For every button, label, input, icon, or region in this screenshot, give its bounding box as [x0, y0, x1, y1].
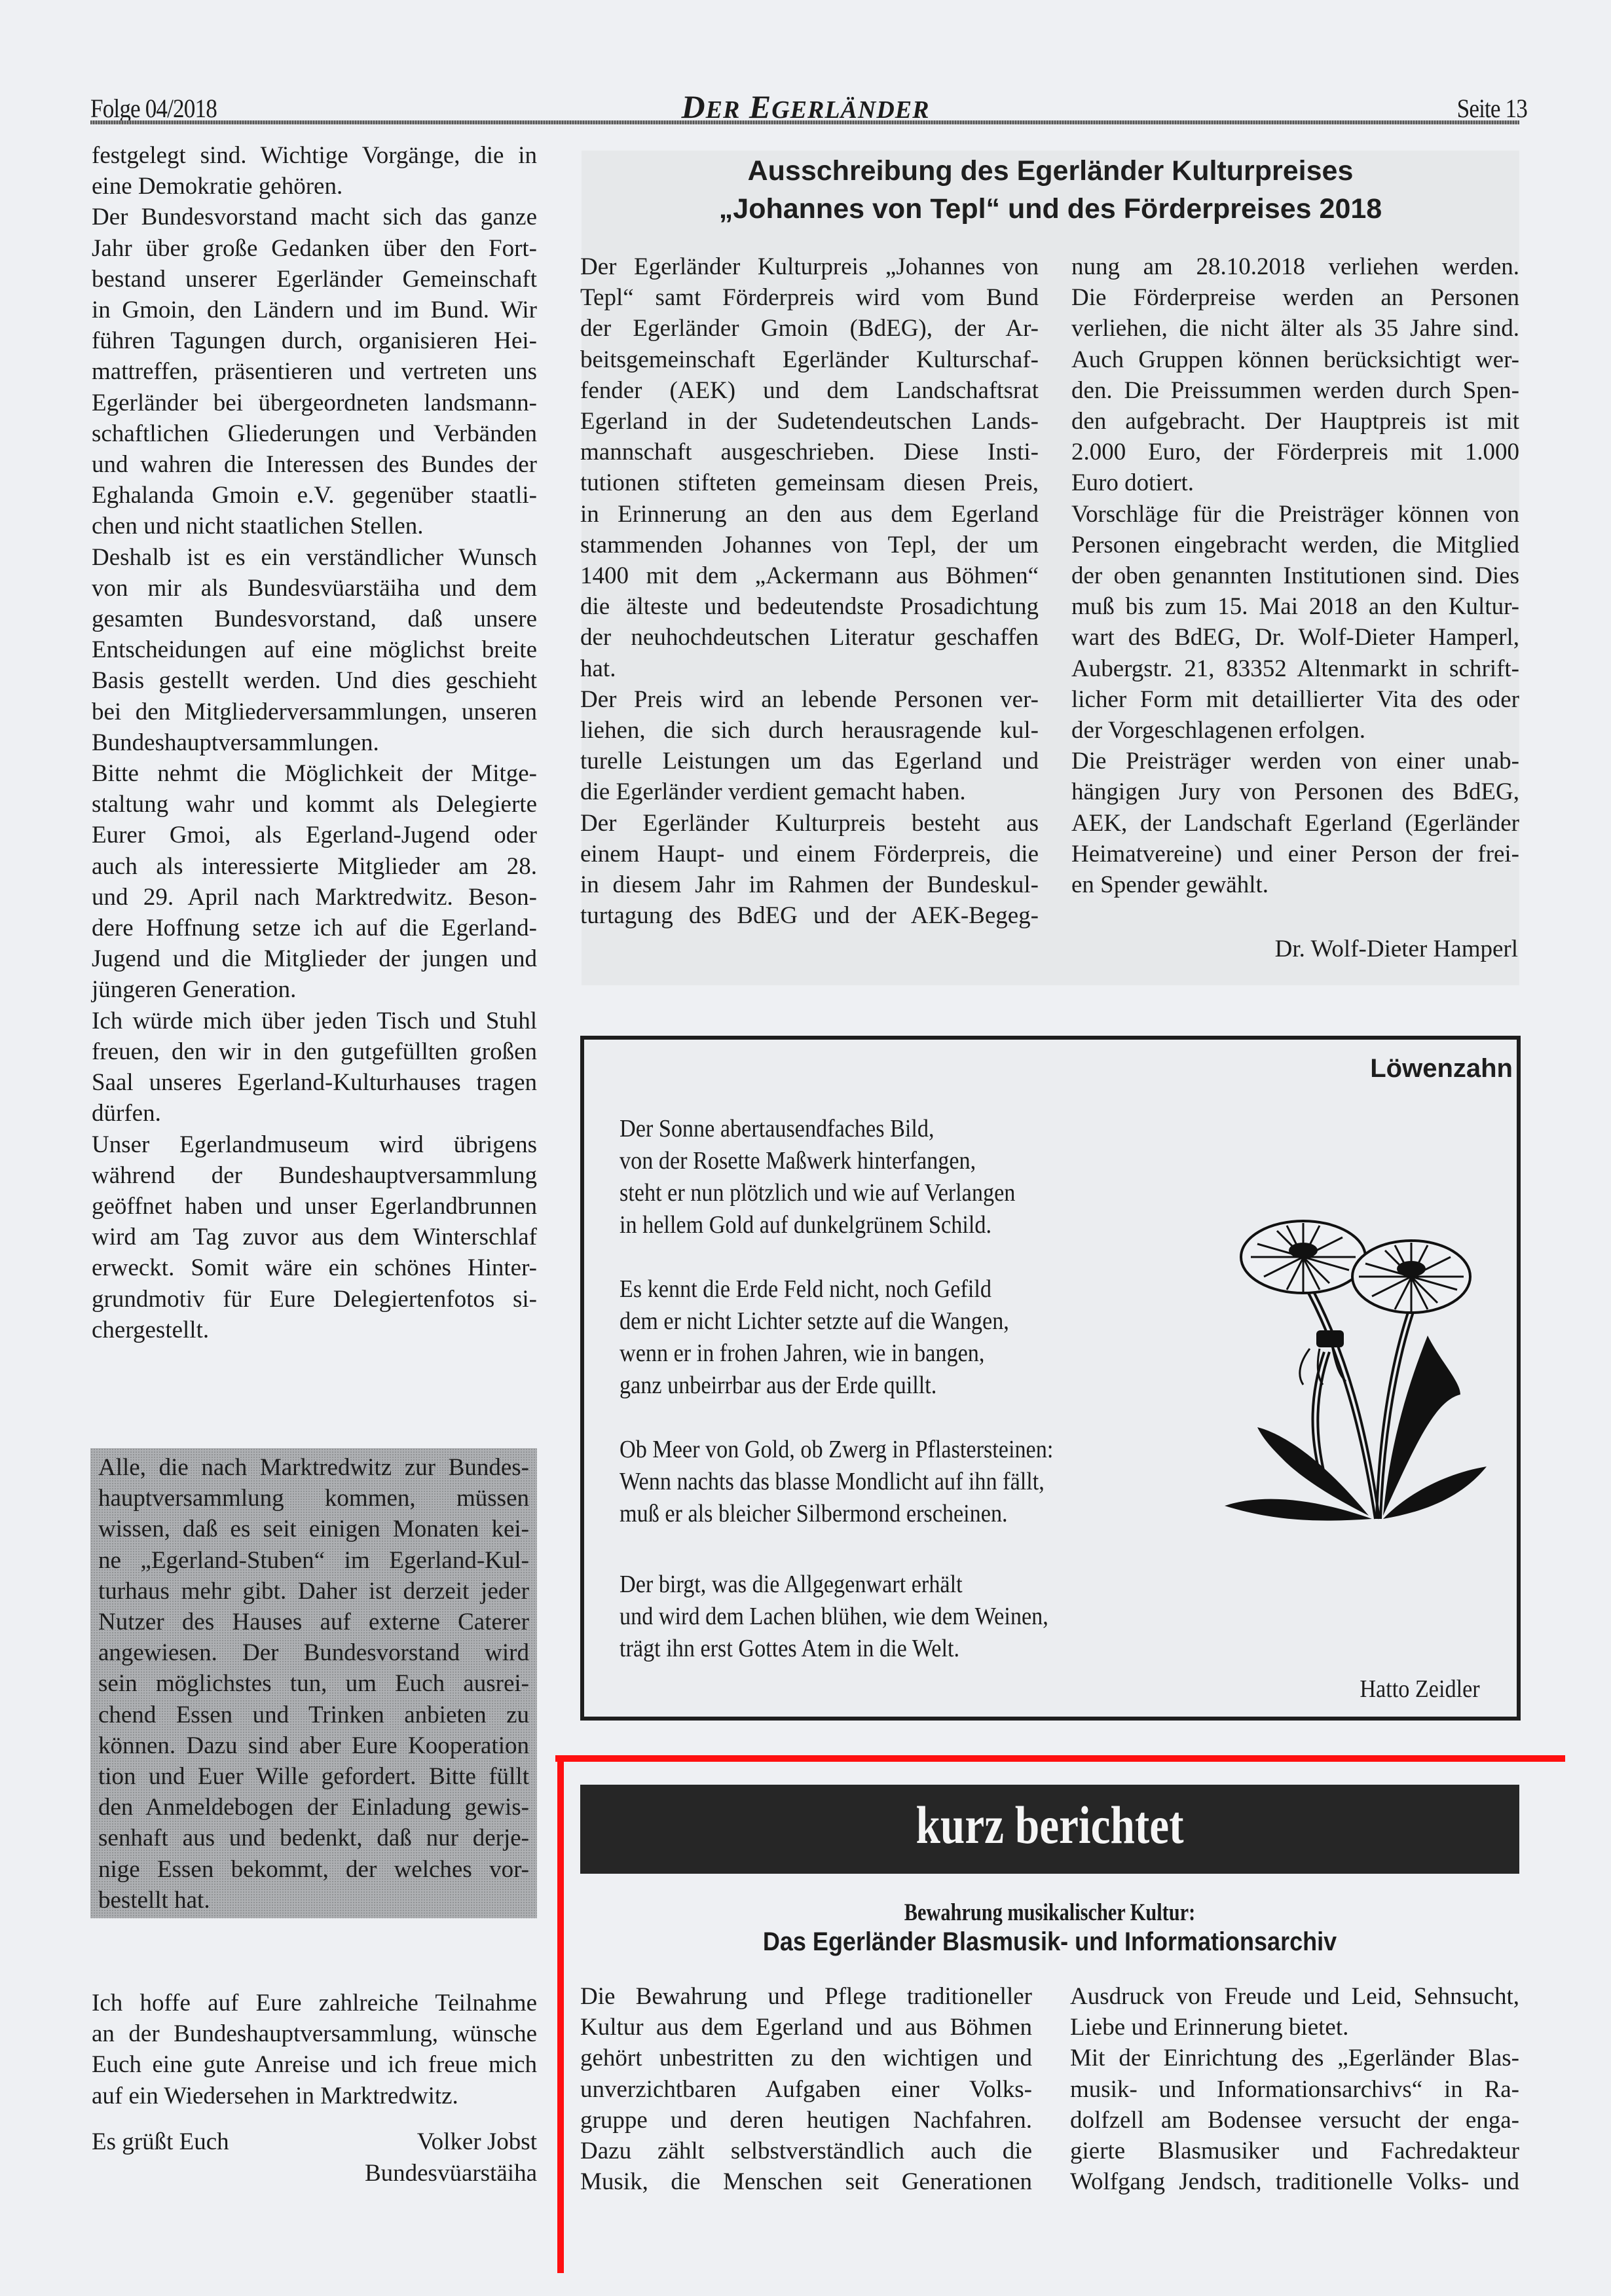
text-line: Bitte nehmt die Möglichkeit der Mitge-	[92, 758, 537, 789]
text-line: Tepl“ samt Förderpreis wird vom Bund	[580, 282, 1039, 313]
text-line: führen Tagungen durch, organisieren Hei-	[92, 325, 537, 356]
kulturpreis-signature: Dr. Wolf-Dieter Hamperl	[1275, 934, 1518, 964]
text-line: staltung wahr und kommt als Delegierte	[92, 789, 537, 820]
text-line: fender (AEK) und dem Landschaftsrat	[580, 375, 1039, 406]
signature-block: Es grüßt Euch Volker Jobst Bundesvüarstä…	[92, 2126, 537, 2158]
text-line: von mir als Bundesvüarstäiha und dem	[92, 573, 537, 604]
masthead-d: D	[682, 88, 706, 125]
text-line: musik- und Informationsarchivs“ in Ra-	[1070, 2074, 1519, 2105]
text-line: geöffnet haben und unser Egerlandbrunnen	[92, 1191, 537, 1222]
text-line: während der Bundeshauptversammlung	[92, 1160, 537, 1191]
text-line: Die Preisträger werden von einer unab-	[1071, 746, 1519, 776]
poem-line: ganz unbeirrbar aus der Erde quillt.	[620, 1370, 1053, 1402]
text-line: muß bis zum 15. Mai 2018 an den Kultur-	[1071, 591, 1519, 622]
archiv-column-1: Die Bewahrung und Pflege traditionellerK…	[580, 1981, 1032, 2197]
text-line: bestellt hat.	[98, 1885, 529, 1916]
text-line: können. Dazu sind aber Eure Kooperation	[98, 1730, 529, 1761]
text-line: den Anmeldebogen der Einladung gewis-	[98, 1792, 529, 1823]
text-line: angewiesen. Der Bundesvorstand wird	[98, 1637, 529, 1668]
poem-line: Der birgt, was die Allgegenwart erhält	[620, 1569, 1053, 1601]
red-marker-vertical	[557, 1755, 564, 2273]
poem-line: trägt ihn erst Gottes Atem in die Welt.	[620, 1633, 1053, 1665]
text-line: gehört unbestritten zu den wichtigen und	[580, 2043, 1032, 2073]
text-line: Jahr über große Gedanken über den Fort-	[92, 233, 537, 264]
text-line: Euro dotiert.	[1071, 467, 1519, 498]
text-line: Entscheidungen auf eine möglichst breite	[92, 634, 537, 665]
masthead-gerlaender: GERLÄNDER	[771, 96, 929, 124]
poem-line: Ob Meer von Gold, ob Zwerg in Pflasterst…	[620, 1434, 1053, 1466]
text-line: Liebe und Erinnerung bietet.	[1070, 2012, 1519, 2043]
text-line: auch als interessierte Mitglieder am 28.	[92, 851, 537, 882]
poem-line: muß er als bleicher Silbermond erscheine…	[620, 1498, 1053, 1530]
text-line: Basis gestellt werden. Und dies geschieh…	[92, 665, 537, 696]
text-line: tion und Euer Wille gefordert. Bitte fül…	[98, 1761, 529, 1792]
text-line: nige Essen bekommt, der welches vor-	[98, 1854, 529, 1885]
text-line: 2.000 Euro, der Förderpreis mit 1.000	[1071, 437, 1519, 467]
text-line: der Egerländer Gmoin (BdEG), der Ar-	[580, 313, 1039, 344]
poem-line: von der Rosette Maßwerk hinterfangen,	[620, 1145, 1053, 1177]
text-line: Eurer Gmoi, als Egerland-Jugend oder	[92, 820, 537, 850]
text-line: die Egerländer verdient gemacht haben.	[580, 776, 1039, 807]
text-line: Die Förderpreise werden an Personen	[1071, 282, 1519, 313]
text-line: Egerländer bei übergeordneten landsmann-	[92, 388, 537, 418]
text-line: wissen, daß es seit einigen Monaten kei-	[98, 1514, 529, 1544]
text-line: bestand unserer Egerländer Gemeinschaft	[92, 264, 537, 295]
text-line: gesamten Bundesvorstand, daß unsere	[92, 604, 537, 634]
text-line: dolfzell am Bodensee versucht der enga-	[1070, 2105, 1519, 2136]
text-line: in diesem Jahr im Rahmen der Bundeskul-	[580, 869, 1039, 900]
text-line: mattreffen, präsentieren und vertreten u…	[92, 356, 537, 387]
text-line: Dazu zählt selbstverständlich auch die	[580, 2136, 1032, 2166]
text-line: stammenden Johannes von Tepl, der um	[580, 530, 1039, 560]
archiv-column-2: Ausdruck von Freude und Leid, Sehnsucht,…	[1070, 1981, 1519, 2197]
text-line: Euch eine gute Anreise und ich freue mic…	[92, 2049, 537, 2080]
text-line: der neuhochdeutschen Literatur geschaffe…	[580, 622, 1039, 653]
text-line: in Gmoin, den Ländern und im Bund. Wir	[92, 295, 537, 325]
text-line: Alle, die nach Marktredwitz zur Bundes-	[98, 1452, 529, 1483]
text-line: licher Form mit detaillierter Vita des o…	[1071, 684, 1519, 715]
text-line: unverzichtbaren Aufgaben einer Volks-	[580, 2074, 1032, 2105]
text-line: gruppe und deren heutigen Nachfahren.	[580, 2105, 1032, 2136]
text-line: Unser Egerlandmuseum wird übrigens	[92, 1129, 537, 1160]
text-line: sein möglichstes tun, um Euch ausrei-	[98, 1668, 529, 1699]
text-line: turelle Leistungen um das Egerland und	[580, 746, 1039, 776]
text-line: einem Haupt- und einem Förderpreis, die	[580, 839, 1039, 869]
text-line: wart des BdEG, Dr. Wolf-Dieter Hamperl,	[1071, 622, 1519, 653]
text-line: en Spender gewählt.	[1071, 869, 1519, 900]
section-banner-title: kurz berichtet	[665, 1793, 1435, 1858]
text-line: Die Bewahrung und Pflege traditioneller	[580, 1981, 1032, 2012]
text-line: nung am 28.10.2018 verliehen werden.	[1071, 251, 1519, 282]
text-line: Bundeshauptversammlungen.	[92, 727, 537, 758]
text-line: tutionen stifteten gemeinsam diesen Prei…	[580, 467, 1039, 498]
text-line: Der Bundesvorstand macht sich das ganze	[92, 202, 537, 232]
text-line: Personen eingebracht werden, die Mitglie…	[1071, 530, 1519, 560]
article-subtitle: Bewahrung musikalischer Kultur:	[665, 1899, 1435, 1927]
poem-stanza: Es kennt die Erde Feld nicht, noch Gefil…	[620, 1273, 1102, 1402]
text-line: erweckt. Somit wäre ein schönes Hinter-	[92, 1252, 537, 1283]
signature-title: Bundesvüarstäiha	[365, 2158, 537, 2189]
text-line: freuen, den wir in den gutgefüllten groß…	[92, 1036, 537, 1067]
text-line: Deshalb ist es ein verständlicher Wunsch	[92, 542, 537, 573]
poem-line: Es kennt die Erde Feld nicht, noch Gefil…	[620, 1273, 1053, 1305]
poem-line: steht er nun plötzlich und wie auf Verla…	[620, 1177, 1053, 1209]
text-line: ne „Egerland-Stuben“ im Egerland-Kul-	[98, 1545, 529, 1576]
poem-author: Hatto Zeidler	[1360, 1675, 1480, 1704]
poem-line: wenn er in frohen Jahren, wie in bangen,	[620, 1338, 1053, 1370]
text-line: Der Egerländer Kulturpreis „Johannes von	[580, 251, 1039, 282]
poem-line: dem er nicht Lichter setzte auf die Wang…	[620, 1305, 1053, 1338]
text-line: gierte Blasmusiker und Fachredakteur	[1070, 2136, 1519, 2166]
text-line: Auch Gruppen können berücksichtigt wer-	[1071, 344, 1519, 375]
poem-stanza: Der birgt, was die Allgegenwart erhältun…	[620, 1569, 1102, 1665]
dandelion-illustration-icon	[1212, 1185, 1500, 1525]
headline-line-1: Ausschreibung des Egerländer Kulturpreis…	[582, 152, 1519, 190]
headline-line-2: „Johannes von Tepl“ und des Förderpreise…	[582, 190, 1519, 228]
text-line: hängigen Jury von Personen des BdEG,	[1071, 776, 1519, 807]
poem-title: Löwenzahn	[1370, 1054, 1513, 1084]
text-line: turhaus mehr gibt. Daher ist derzeit jed…	[98, 1576, 529, 1607]
text-line: turtagung des BdEG und der AEK-Begeg-	[580, 900, 1039, 931]
text-line: dere Hoffnung setze ich auf die Egerland…	[92, 913, 537, 943]
closing-paragraph: Ich hoffe auf Eure zahlreiche Teilnahmea…	[92, 1988, 537, 2111]
text-line: in Erinnerung an den aus dem Egerland	[580, 499, 1039, 530]
masthead-er: ER	[706, 96, 741, 124]
page-number: Seite 13	[1457, 93, 1527, 124]
text-line: hauptversammlung kommen, müssen	[98, 1483, 529, 1514]
text-line: dürfen.	[92, 1098, 537, 1129]
text-line: Vorschläge für die Preisträger können vo…	[1071, 499, 1519, 530]
text-line: eine Demokratie gehören.	[92, 171, 537, 202]
text-line: beitsgemeinschaft Egerländer Kulturschaf…	[580, 344, 1039, 375]
text-line: Eghalanda Gmoin e.V. gegenüber staatli-	[92, 480, 537, 511]
text-line: der Vorgeschlagenen erfolgen.	[1071, 715, 1519, 746]
text-line: verliehen, die nicht älter als 35 Jahre …	[1071, 313, 1519, 344]
poem-line: und wird dem Lachen blühen, wie dem Wein…	[620, 1601, 1053, 1633]
header-rule	[90, 120, 1519, 124]
text-line: Wolfgang Jendsch, traditionelle Volks- u…	[1070, 2166, 1519, 2197]
poem-stanza: Ob Meer von Gold, ob Zwerg in Pflasterst…	[620, 1434, 1102, 1530]
text-line: Nutzer des Hauses auf externe Caterer	[98, 1607, 529, 1637]
text-line: Ich würde mich über jeden Tisch und Stuh…	[92, 1006, 537, 1036]
text-line: festgelegt sind. Wichtige Vorgänge, die …	[92, 140, 537, 171]
text-line: Aubergstr. 21, 83352 Altenmarkt in schri…	[1071, 653, 1519, 684]
red-marker-horizontal	[555, 1755, 1565, 1762]
text-line: liehen, die sich durch herausragende kul…	[580, 715, 1039, 746]
text-line: chen und nicht staatlichen Stellen.	[92, 511, 537, 541]
text-line: Ich hoffe auf Eure zahlreiche Teilnahme	[92, 1988, 537, 2018]
text-line: chend Essen und Trinken anbieten zu	[98, 1700, 529, 1730]
text-line: Ausdruck von Freude und Leid, Sehnsucht,	[1070, 1981, 1519, 2012]
text-line: Egerland in der Sudetendeutschen Lands-	[580, 406, 1039, 437]
text-line: den aufgebracht. Der Hauptpreis ist mit	[1071, 406, 1519, 437]
text-line: bei den Mitgliederversammlungen, unseren	[92, 697, 537, 727]
text-line: 1400 mit dem „Ackermann aus Böhmen“	[580, 560, 1039, 591]
text-line: Kultur aus dem Egerland und aus Böhmen	[580, 2012, 1032, 2043]
kulturpreis-column-1: Der Egerländer Kulturpreis „Johannes von…	[580, 251, 1039, 931]
text-line: Mit der Einrichtung des „Egerländer Blas…	[1070, 2043, 1519, 2073]
text-line: hat.	[580, 653, 1039, 684]
text-line: der oben genannten Institutionen sind. D…	[1071, 560, 1519, 591]
text-line: Saal unseres Egerland-Kulturhauses trage…	[92, 1067, 537, 1098]
text-line: jüngeren Generation.	[92, 974, 537, 1005]
poem-line: Wenn nachts das blasse Mondlicht auf ihn…	[620, 1466, 1053, 1498]
kulturpreis-column-2: nung am 28.10.2018 verliehen werden.Die …	[1071, 251, 1519, 900]
poem-stanza: Der Sonne abertausendfaches Bild,von der…	[620, 1113, 1102, 1241]
text-line: die älteste und bedeutendste Prosadichtu…	[580, 591, 1039, 622]
text-line: schaftlichen Gliederungen und Verbänden	[92, 418, 537, 449]
text-line: AEK, der Landschaft Egerland (Egerländer	[1071, 808, 1519, 839]
text-line: chergestellt.	[92, 1315, 537, 1345]
text-line: mannschaft ausgeschrieben. Diese Insti-	[580, 437, 1039, 467]
text-line: und wahren die Interessen des Bundes der	[92, 449, 537, 480]
text-line: wird am Tag zuvor aus dem Winterschlaf	[92, 1222, 537, 1252]
text-line: Heimatvereine) und einer Person der frei…	[1071, 839, 1519, 869]
left-column-text: festgelegt sind. Wichtige Vorgänge, die …	[92, 140, 537, 1345]
text-line: und 29. April nach Marktredwitz. Beson-	[92, 882, 537, 913]
article-headline: Das Egerländer Blasmusik- und Informatio…	[627, 1927, 1473, 1957]
masthead-e: E	[749, 88, 771, 125]
text-line: Der Egerländer Kulturpreis besteht aus	[580, 808, 1039, 839]
text-line: senhaft aus und bedenkt, daß nur derje-	[98, 1823, 529, 1853]
text-line: grundmotiv für Eure Delegiertenfotos si-	[92, 1284, 537, 1315]
text-line: Musik, die Menschen seit Generationen	[580, 2166, 1032, 2197]
text-line: Der Preis wird an lebende Personen ver-	[580, 684, 1039, 715]
text-line: den. Die Preissummen werden durch Spen-	[1071, 375, 1519, 406]
text-line: Jugend und die Mitglieder der jungen und	[92, 943, 537, 974]
kulturpreis-headline: Ausschreibung des Egerländer Kulturpreis…	[582, 152, 1519, 228]
text-line: an der Bundeshauptversammlung, wünsche	[92, 2018, 537, 2049]
signature-name: Volker Jobst	[417, 2126, 537, 2158]
text-line: auf ein Wiedersehen in Marktredwitz.	[92, 2081, 537, 2111]
poem-line: Der Sonne abertausendfaches Bild,	[620, 1113, 1053, 1145]
notice-box-text: Alle, die nach Marktredwitz zur Bundes-h…	[98, 1452, 529, 1916]
poem-text: Der Sonne abertausendfaches Bild,von der…	[620, 1113, 1102, 1697]
poem-line: in hellem Gold auf dunkelgrünem Schild.	[620, 1209, 1053, 1241]
